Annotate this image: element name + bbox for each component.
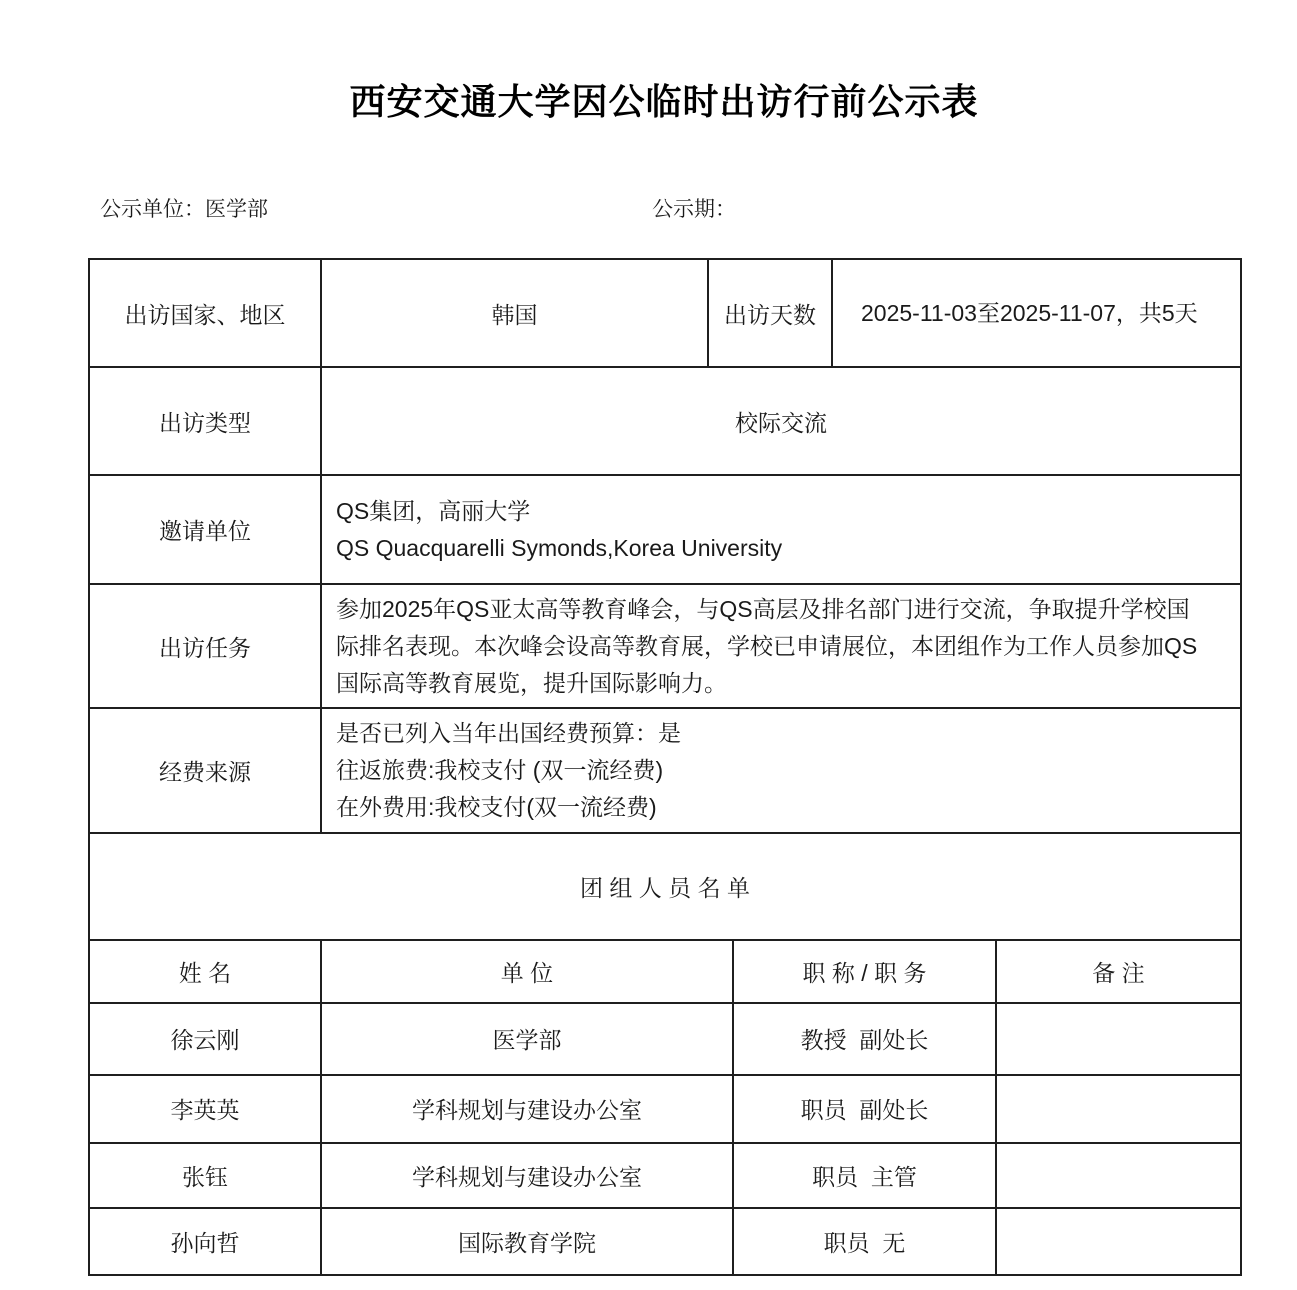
table-row: 出访类型 校际交流 bbox=[89, 367, 1241, 475]
roster-cell-note bbox=[996, 1003, 1241, 1075]
roster-cell-name: 李英英 bbox=[89, 1075, 321, 1143]
publicity-unit-value: 医学部 bbox=[205, 198, 268, 221]
task-value: 参加2025年QS亚太高等教育峰会，与QS高层及排名部门进行交流，争取提升学校国… bbox=[321, 584, 1241, 708]
roster-section-title: 团 组 人 员 名 单 bbox=[89, 833, 1241, 940]
meta-row: 公示单位：医学部 公示期： bbox=[88, 193, 1240, 223]
publicity-period-label: 公示期： bbox=[652, 198, 736, 221]
visit-type-value: 校际交流 bbox=[321, 367, 1241, 475]
roster-row: 李英英 学科规划与建设办公室 职员 副处长 bbox=[89, 1075, 1241, 1143]
table-row: 出访国家、地区 韩国 出访天数 2025-11-03至2025-11-07，共5… bbox=[89, 259, 1241, 367]
roster-cell-name: 张钰 bbox=[89, 1143, 321, 1208]
roster-header-row: 姓 名 单 位 职 称 / 职 务 备 注 bbox=[89, 940, 1241, 1003]
table-row: 出访任务 参加2025年QS亚太高等教育峰会，与QS高层及排名部门进行交流，争取… bbox=[89, 584, 1241, 708]
funding-label: 经费来源 bbox=[89, 708, 321, 832]
roster-row: 张钰 学科规划与建设办公室 职员 主管 bbox=[89, 1143, 1241, 1208]
roster-row: 徐云刚 医学部 教授 副处长 bbox=[89, 1003, 1241, 1075]
roster-cell-position: 职员 主管 bbox=[733, 1143, 996, 1208]
inviter-label: 邀请单位 bbox=[89, 475, 321, 584]
roster-cell-unit: 学科规划与建设办公室 bbox=[321, 1143, 733, 1208]
table-row: 团 组 人 员 名 单 bbox=[89, 833, 1241, 940]
roster-header-note: 备 注 bbox=[996, 940, 1241, 1003]
roster-cell-position: 职员 无 bbox=[733, 1208, 996, 1275]
visit-days-value: 2025-11-03至2025-11-07，共5天 bbox=[832, 259, 1241, 367]
visit-country-label: 出访国家、地区 bbox=[89, 259, 321, 367]
roster-header-unit: 单 位 bbox=[321, 940, 733, 1003]
form-table: 出访国家、地区 韩国 出访天数 2025-11-03至2025-11-07，共5… bbox=[88, 258, 1240, 1276]
document-page: 西安交通大学因公临时出访行前公示表 公示单位：医学部 公示期： 出访国家、地区 … bbox=[0, 0, 1297, 1290]
visit-type-label: 出访类型 bbox=[89, 367, 321, 475]
table-row: 邀请单位 QS集团，高丽大学 QS Quacquarelli Symonds,K… bbox=[89, 475, 1241, 584]
roster-cell-position: 教授 副处长 bbox=[733, 1003, 996, 1075]
visit-info-table: 出访国家、地区 韩国 出访天数 2025-11-03至2025-11-07，共5… bbox=[88, 258, 1242, 941]
visit-country-value: 韩国 bbox=[321, 259, 708, 367]
roster-cell-position: 职员 副处长 bbox=[733, 1075, 996, 1143]
roster-cell-unit: 国际教育学院 bbox=[321, 1208, 733, 1275]
roster-cell-name: 徐云刚 bbox=[89, 1003, 321, 1075]
publicity-period: 公示期： bbox=[652, 193, 736, 223]
publicity-unit-label: 公示单位： bbox=[100, 198, 205, 221]
table-row: 经费来源 是否已列入当年出国经费预算：是 往返旅费:我校支付 (双一流经费) 在… bbox=[89, 708, 1241, 832]
roster-cell-unit: 医学部 bbox=[321, 1003, 733, 1075]
roster-cell-note bbox=[996, 1208, 1241, 1275]
page-title: 西安交通大学因公临时出访行前公示表 bbox=[88, 74, 1240, 125]
inviter-value: QS集团，高丽大学 QS Quacquarelli Symonds,Korea … bbox=[321, 475, 1241, 584]
roster-cell-note bbox=[996, 1075, 1241, 1143]
roster-table: 姓 名 单 位 职 称 / 职 务 备 注 徐云刚 医学部 教授 副处长 李英英… bbox=[88, 939, 1242, 1276]
roster-header-position: 职 称 / 职 务 bbox=[733, 940, 996, 1003]
roster-cell-note bbox=[996, 1143, 1241, 1208]
task-label: 出访任务 bbox=[89, 584, 321, 708]
publicity-unit: 公示单位：医学部 bbox=[100, 193, 268, 223]
roster-cell-name: 孙向哲 bbox=[89, 1208, 321, 1275]
visit-days-label: 出访天数 bbox=[708, 259, 832, 367]
funding-value: 是否已列入当年出国经费预算：是 往返旅费:我校支付 (双一流经费) 在外费用:我… bbox=[321, 708, 1241, 832]
roster-row: 孙向哲 国际教育学院 职员 无 bbox=[89, 1208, 1241, 1275]
roster-cell-unit: 学科规划与建设办公室 bbox=[321, 1075, 733, 1143]
roster-header-name: 姓 名 bbox=[89, 940, 321, 1003]
